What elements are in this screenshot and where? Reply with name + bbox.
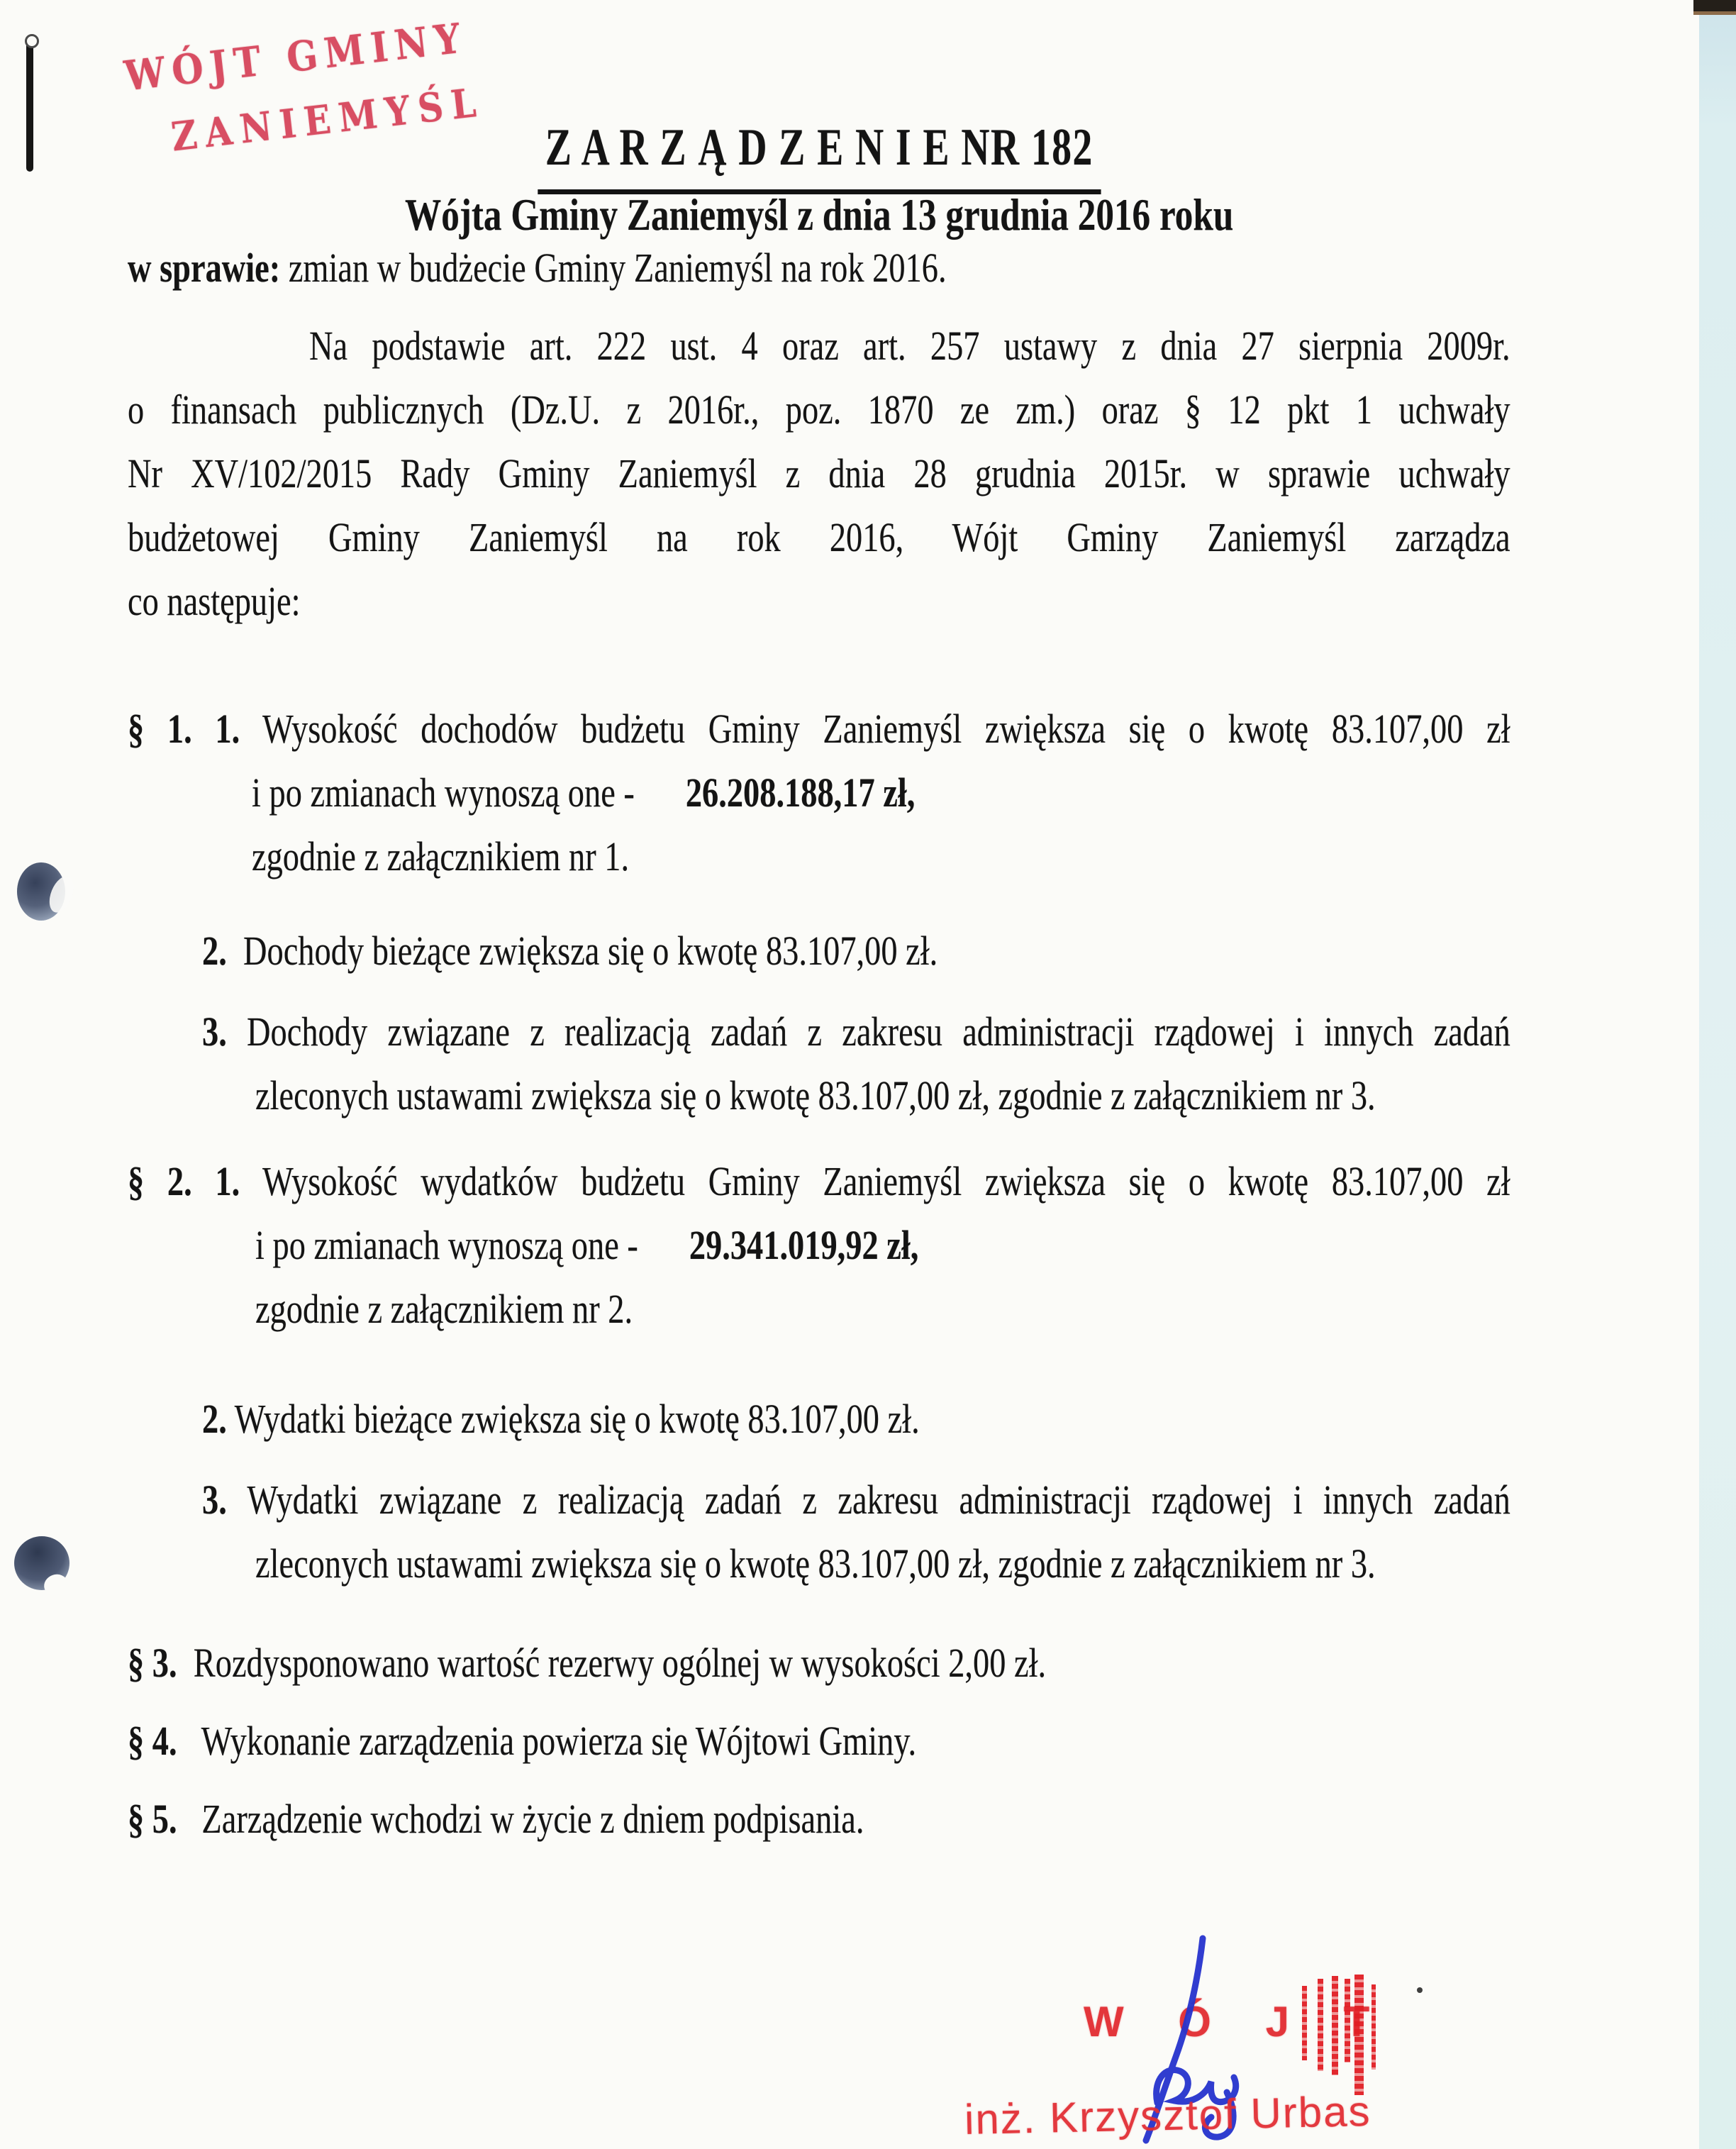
section-1-item-3-line-1: 3. Dochody związane z realizacją zadań z… xyxy=(202,1009,1510,1055)
section-2-item-3-line-2: zleconych ustawami zwiększa się o kwotę … xyxy=(255,1540,1376,1587)
section-2-item-2: 2. Wydatki bieżące zwiększa się o kwotę … xyxy=(202,1396,920,1443)
section-4: § 4. Wykonanie zarządzenia powierza się … xyxy=(128,1718,916,1765)
section-5: § 5. Zarządzenie wchodzi w życie z dniem… xyxy=(128,1796,864,1843)
punch-hole-top xyxy=(17,862,65,921)
section-2-line-2: i po zmianach wynoszą one -29.341.019,92… xyxy=(255,1222,918,1269)
scan-edge-strip xyxy=(1699,0,1736,2149)
expense-total-amount: 29.341.019,92 zł, xyxy=(689,1222,918,1268)
section-2-item-3-line-1: 3. Wydatki związane z realizacją zadań z… xyxy=(202,1477,1510,1523)
scan-edge-line xyxy=(1693,11,1736,15)
preamble-line-5: co następuje: xyxy=(128,578,301,625)
preamble-line-3: Nr XV/102/2015 Rady Gminy Zaniemyśl z dn… xyxy=(128,450,1510,497)
document-subtitle: Wójta Gminy Zaniemyśl z dnia 13 grudnia … xyxy=(128,189,1510,241)
section-1-line-1: § 1. 1. Wysokość dochodów budżetu Gminy … xyxy=(128,706,1510,753)
preamble-line-2: o finansach publicznych (Dz.U. z 2016r.,… xyxy=(128,387,1510,433)
section-2-marker: § 2. 1. xyxy=(128,1158,240,1204)
preamble-line-4: budżetowej Gminy Zaniemyśl na rok 2016, … xyxy=(128,514,1510,561)
document-title: Z A R Z Ą D Z E N I E NR 182 xyxy=(128,118,1510,194)
section-1-line-3: zgodnie z załącznikiem nr 1. xyxy=(252,833,629,880)
stamp-ink-bars xyxy=(1302,1973,1381,2097)
section-1-item-3-line-2: zleconych ustawami zwiększa się o kwotę … xyxy=(255,1072,1376,1119)
subject-label: w sprawie: xyxy=(128,245,280,291)
section-3: § 3. Rozdysponowano wartość rezerwy ogól… xyxy=(128,1640,1046,1687)
staple-mark xyxy=(26,38,33,172)
revenue-total-amount: 26.208.188,17 zł, xyxy=(686,770,915,816)
preamble-line-1: Na podstawie art. 222 ust. 4 oraz art. 2… xyxy=(128,323,1510,370)
subject-line: w sprawie: zmian w budżecie Gminy Zaniem… xyxy=(128,245,947,291)
subject-text: zmian w budżecie Gminy Zaniemyśl na rok … xyxy=(280,245,946,291)
punch-hole-bottom xyxy=(14,1536,69,1590)
section-2-line-1: § 2. 1. Wysokość wydatków budżetu Gminy … xyxy=(128,1158,1510,1205)
scanned-document-page: WÓJT GMINY ZANIEMYŚL Z A R Z Ą D Z E N I… xyxy=(0,0,1736,2149)
ink-dot xyxy=(1417,1987,1423,1993)
section-1-marker: § 1. 1. xyxy=(128,706,240,752)
section-1-item-2: 2. Dochody bieżące zwiększa się o kwotę … xyxy=(202,928,937,974)
section-1-line-2: i po zmianach wynoszą one -26.208.188,17… xyxy=(252,770,915,816)
scan-edge-corner xyxy=(1693,0,1736,11)
mayor-name-stamp: inż. Krzysztof Urbas xyxy=(964,2087,1371,2144)
section-2-line-3: zgodnie z załącznikiem nr 2. xyxy=(255,1286,633,1333)
